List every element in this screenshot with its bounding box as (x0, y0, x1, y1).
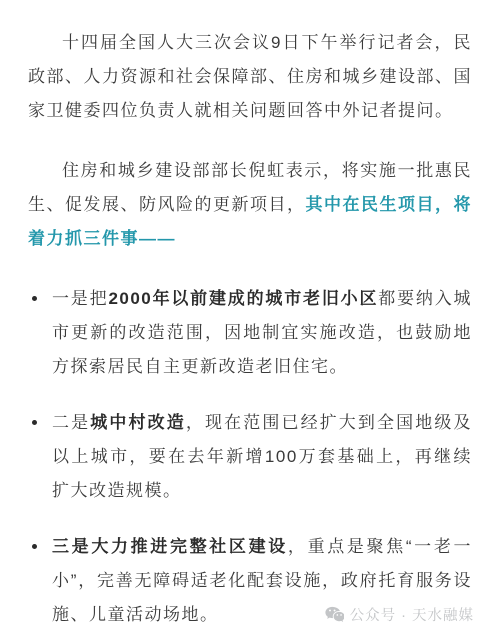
bullet-dot-icon (32, 420, 37, 425)
text-run: 一是把 (52, 289, 108, 308)
watermark: 公众号 · 天水融媒 (325, 604, 474, 625)
paragraph-minister-statement: 住房和城乡建设部部长倪虹表示，将实施一批惠民生、促发展、防风险的更新项目，其中在… (28, 154, 472, 256)
list-item: 一是把2000年以前建成的城市老旧小区都要纳入城市更新的改造范围，因地制宜实施改… (28, 282, 472, 384)
bullet-dot-icon (32, 544, 37, 549)
paragraph-intro: 十四届全国人大三次会议9日下午举行记者会，民政部、人力资源和社会保障部、住房和城… (28, 26, 472, 128)
wechat-official-account-icon (325, 606, 344, 623)
bold-text-run: 城中村改造 (90, 413, 186, 432)
article-body: 十四届全国人大三次会议9日下午举行记者会，民政部、人力资源和社会保障部、住房和城… (0, 0, 500, 635)
key-points-list: 一是把2000年以前建成的城市老旧小区都要纳入城市更新的改造范围，因地制宜实施改… (28, 282, 472, 632)
watermark-text: 公众号 · 天水融媒 (350, 604, 474, 625)
bullet-dot-icon (32, 296, 37, 301)
bold-text-run: 三是大力推进完整社区建设 (52, 537, 288, 556)
text-run: 十四届全国人大三次会议9日下午举行记者会，民政部、人力资源和社会保障部、住房和城… (28, 33, 472, 120)
text-run: 二是 (52, 413, 90, 432)
list-item: 二是城中村改造，现在范围已经扩大到全国地级及以上城市，要在去年新增100万套基础… (28, 406, 472, 508)
bold-text-run: 2000年以前建成的城市老旧小区 (108, 289, 378, 308)
